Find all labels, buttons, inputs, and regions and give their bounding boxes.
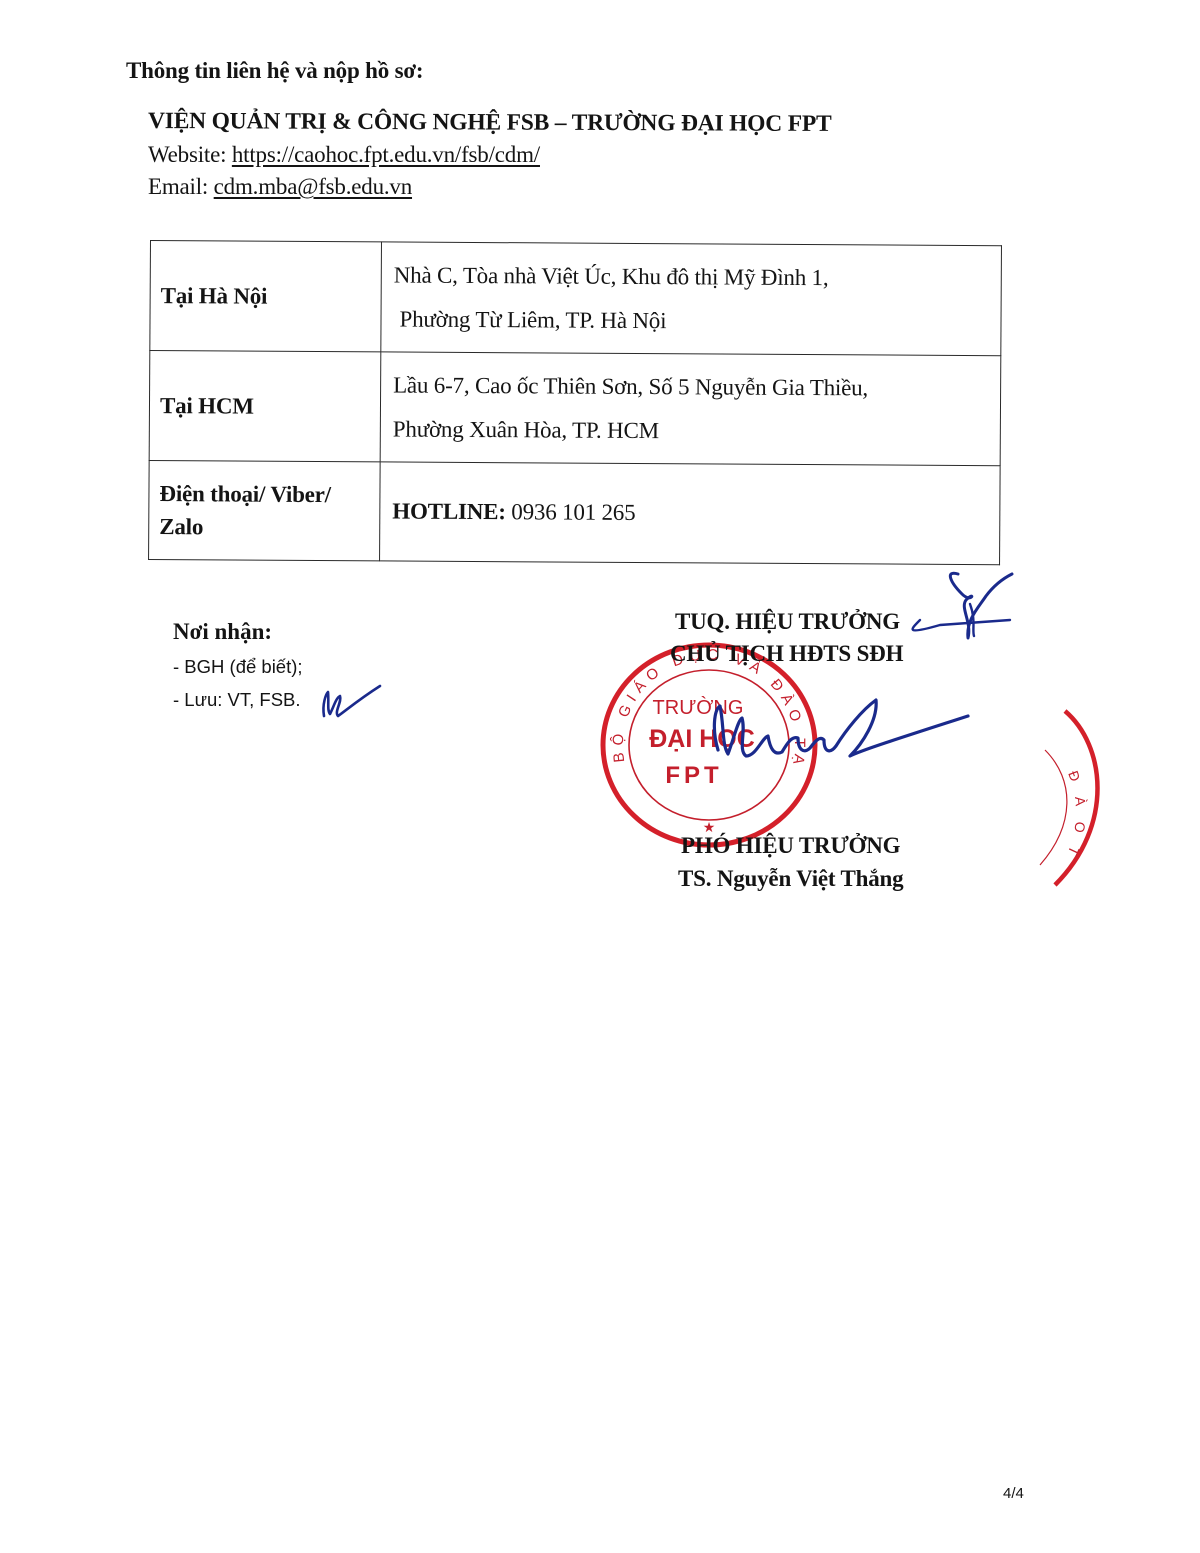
row-value-phone: HOTLINE: 0936 101 265 [380,462,1001,565]
table-row-phone: Điện thoại/ Viber/ Zalo HOTLINE: 0936 10… [149,460,1001,564]
svg-text:TRƯỜNG: TRƯỜNG [653,696,744,719]
table-row-hcm: Tại HCM Lầu 6-7, Cao ốc Thiên Sơn, Số 5 … [149,351,1001,466]
contact-heading: Thông tin liên hệ và nộp hồ sơ: [126,58,423,84]
hotline-number: 0936 101 265 [511,499,635,525]
svg-text:FPT: FPT [665,762,722,789]
svg-text:À: À [1072,796,1089,807]
row-label-hcm: Tại HCM [149,351,381,462]
row-label-hanoi: Tại Hà Nội [150,241,382,352]
email-link[interactable]: cdm.mba@fsb.edu.vn [214,174,412,199]
address-line: Lầu 6-7, Cao ốc Thiên Sơn, Số 5 Nguyễn G… [393,363,990,411]
signature-title-line1: TUQ. HIỆU TRƯỞNG [675,609,900,635]
email-line: Email: cdm.mba@fsb.edu.vn [148,174,412,200]
signature-title-line2: CHỦ TỊCH HĐTS SĐH [670,641,903,667]
svg-text:O: O [1071,820,1089,834]
page-number: 4/4 [1003,1485,1024,1502]
hotline-label: HOTLINE: [392,498,506,524]
document-page: Thông tin liên hệ và nộp hồ sơ: VIỆN QUẢ… [0,0,1200,1553]
initial-mark-icon [318,680,388,725]
official-stamp-icon: BỘ GIÁO DỤC VÀ ĐÀO TẠO TRƯỜNG ĐẠI HỌC FP… [598,640,820,850]
svg-text:ĐẠI HỌC: ĐẠI HỌC [649,725,755,753]
address-line: Phường Xuân Hòa, TP. HCM [393,407,990,455]
row-label-phone: Điện thoại/ Viber/ Zalo [149,460,381,560]
email-label: Email: [148,174,214,199]
partial-stamp-icon: Đ À O T [1035,705,1125,890]
website-link[interactable]: https://caohoc.fpt.edu.vn/fsb/cdm/ [232,142,540,167]
signature-position: PHÓ HIỆU TRƯỞNG [681,833,900,859]
svg-text:Đ: Đ [1065,769,1083,784]
address-table: Tại Hà Nội Nhà C, Tòa nhà Việt Úc, Khu đ… [148,240,1002,565]
table-row-hanoi: Tại Hà Nội Nhà C, Tòa nhà Việt Úc, Khu đ… [150,241,1002,356]
row-value-hcm: Lầu 6-7, Cao ốc Thiên Sơn, Số 5 Nguyễn G… [380,352,1001,466]
row-value-hanoi: Nhà C, Tòa nhà Việt Úc, Khu đô thị Mỹ Đì… [381,242,1002,356]
recipient-item: - BGH (để biết); [173,656,303,678]
recipients-title: Nơi nhận: [173,619,272,645]
recipient-item: - Lưu: VT, FSB. [173,689,301,711]
address-line: Nhà C, Tòa nhà Việt Úc, Khu đô thị Mỹ Đì… [394,253,991,301]
svg-text:T: T [1064,844,1082,859]
signatory-name: TS. Nguyễn Việt Thắng [678,866,903,892]
website-line: Website: https://caohoc.fpt.edu.vn/fsb/c… [148,142,540,168]
organization-name: VIỆN QUẢN TRỊ & CÔNG NGHỆ FSB – TRƯỜNG Đ… [148,108,832,138]
website-label: Website: [148,142,232,167]
address-line: Phường Từ Liêm, TP. Hà Nội [393,297,990,345]
